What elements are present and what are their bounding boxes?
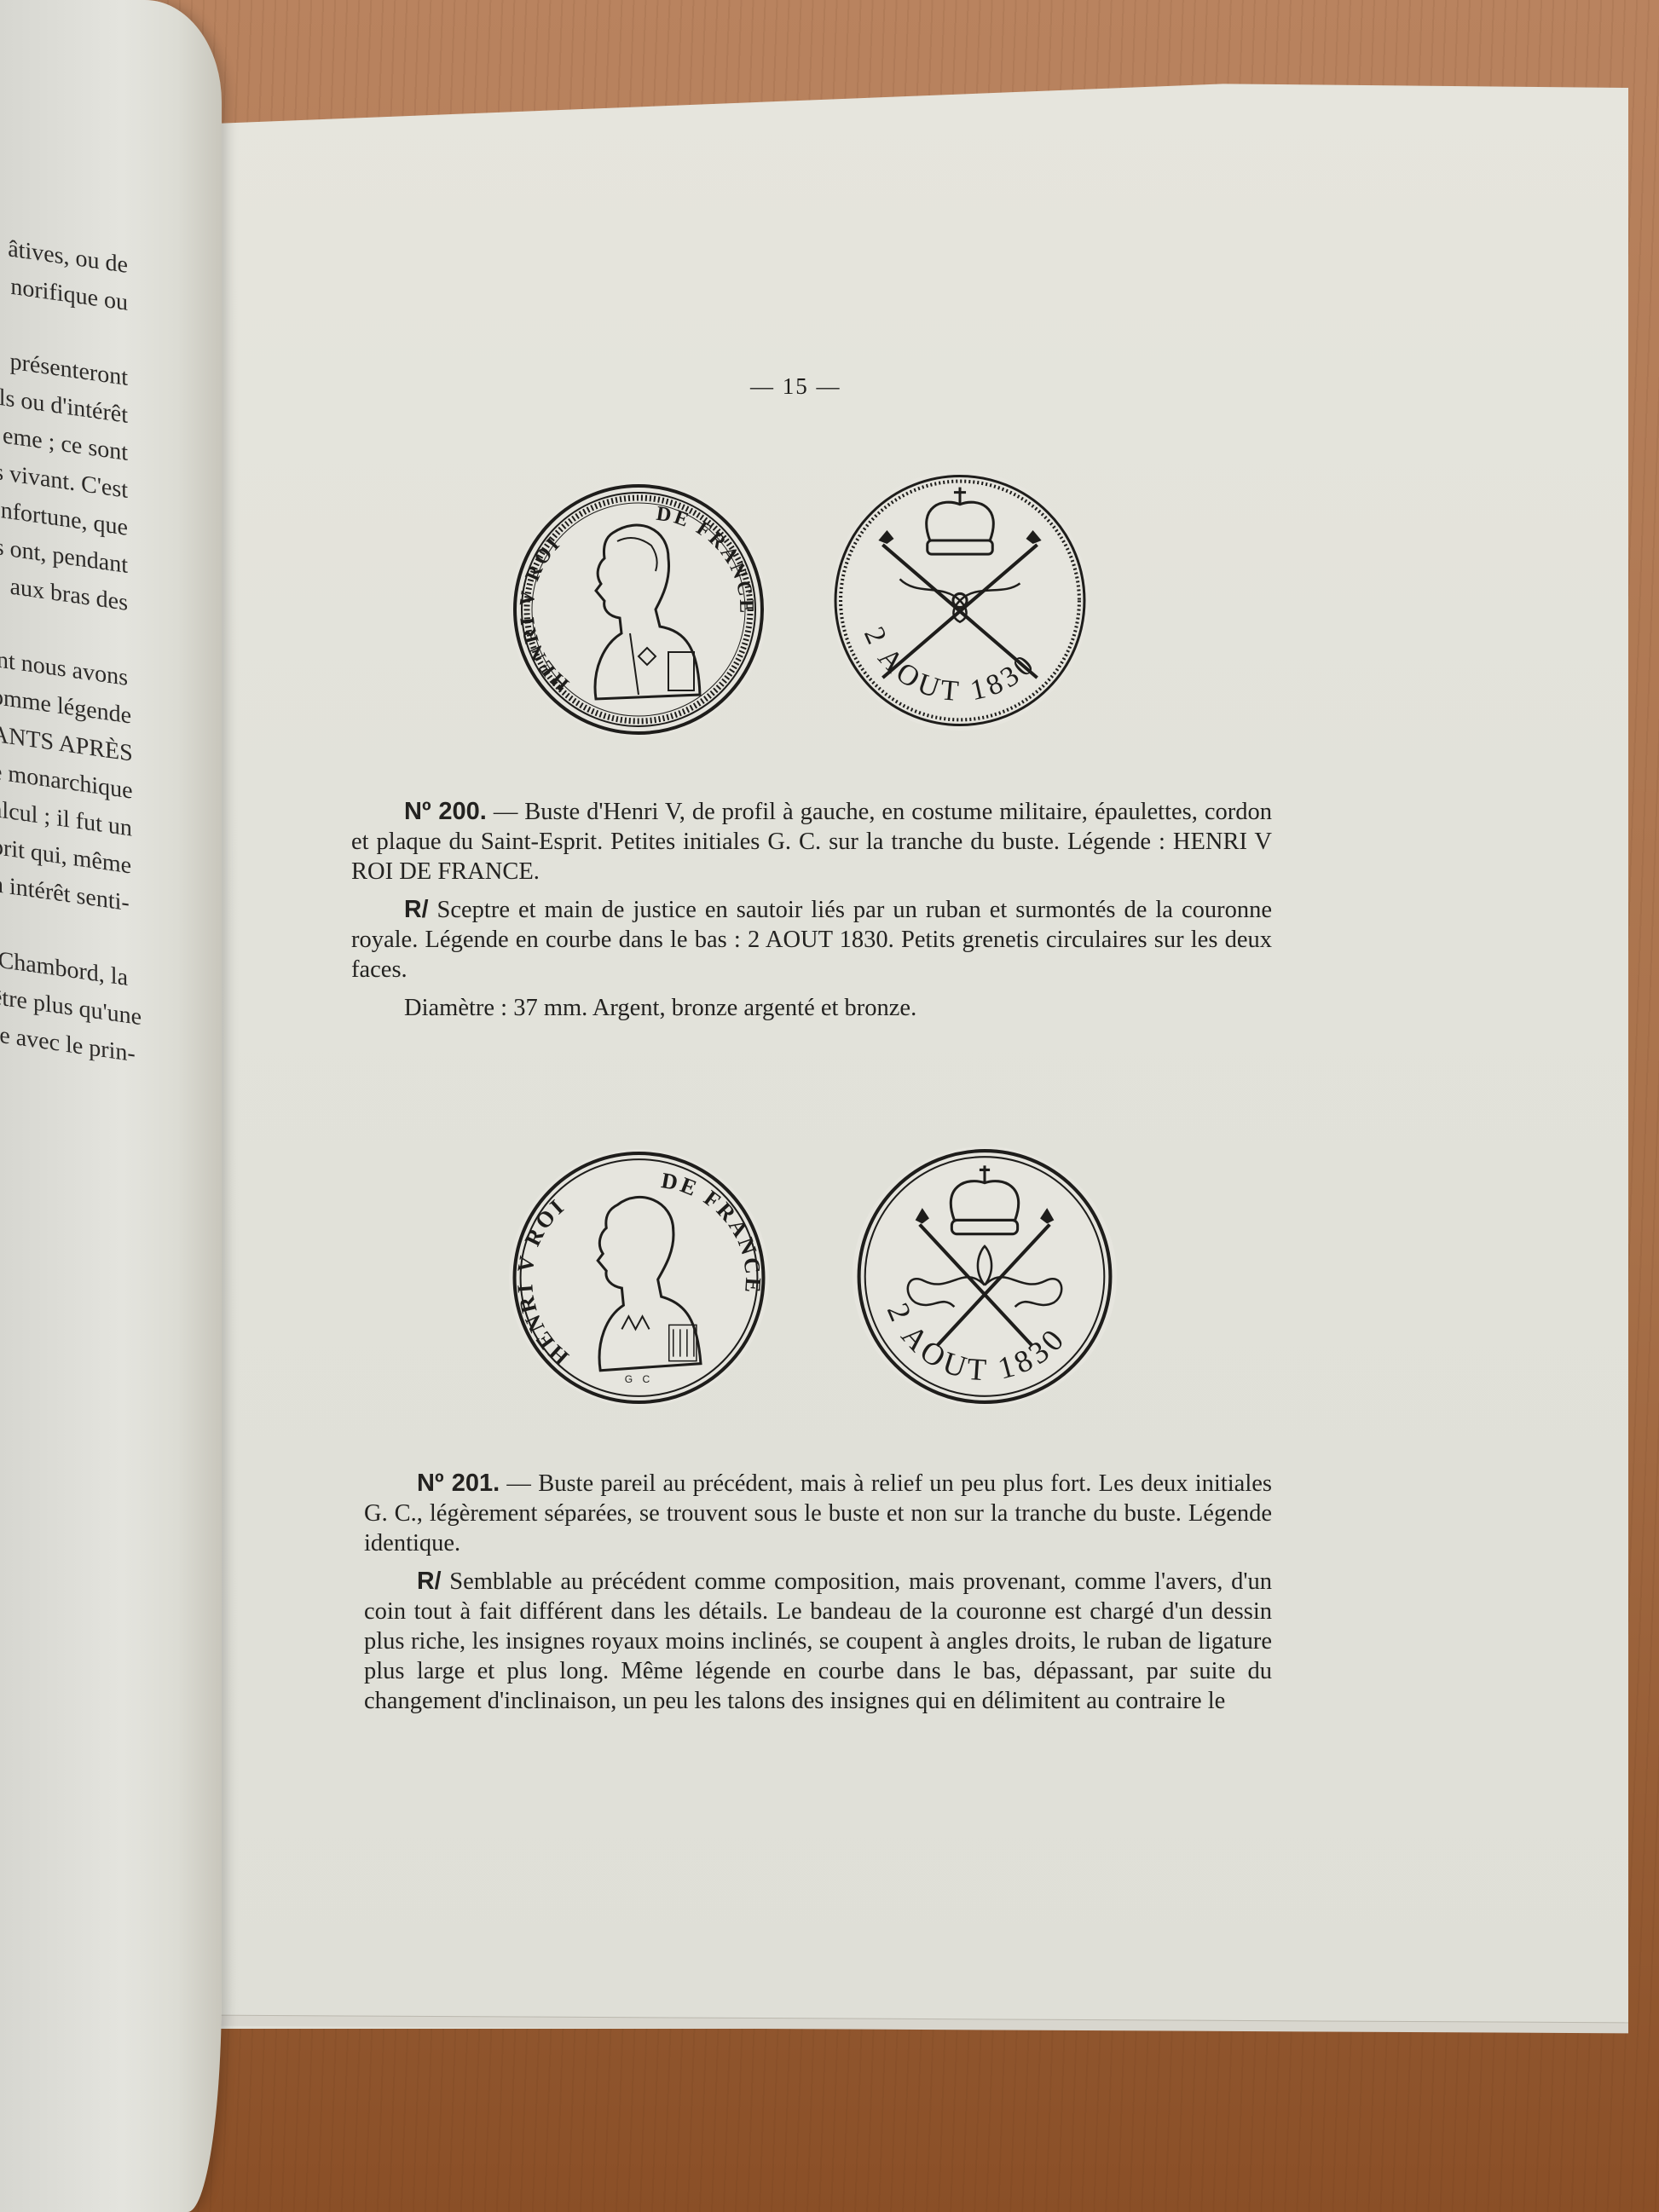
medal-200-reverse-illustration: 2 AOUT 1830 xyxy=(831,471,1089,731)
medal-201-obverse-illustration: HENRI V ROI DE FRANCE G C xyxy=(509,1149,769,1406)
portrait-medal-icon: HENRI V ROI DE FRANCE xyxy=(510,482,767,737)
diameter-metal-line: Diamètre : 37 mm. Argent, bronze argenté… xyxy=(351,993,1272,1023)
catalogue-entry-200: Nº 200. — Buste d'Henri V, de profil à g… xyxy=(351,797,1272,1031)
catalogue-entry-201: Nº 201. — Buste pareil au précédent, mai… xyxy=(364,1469,1272,1724)
svg-text:DE FRANCE: DE FRANCE xyxy=(655,503,757,616)
entry-number: Nº 201. xyxy=(417,1470,500,1497)
reverse-description: Semblable au précédent comme composition… xyxy=(364,1568,1272,1714)
svg-text:HENRI V ROI: HENRI V ROI xyxy=(512,1193,574,1370)
portrait-medal-icon: HENRI V ROI DE FRANCE G C xyxy=(509,1149,769,1406)
reverse-label: R/ xyxy=(417,1568,442,1595)
svg-text:G C: G C xyxy=(625,1373,654,1385)
svg-text:2 AOUT 1830: 2 AOUT 1830 xyxy=(881,1298,1073,1388)
svg-text:HENRI V ROI: HENRI V ROI xyxy=(516,532,573,696)
medal-201-reverse-illustration: 2 AOUT 1830 xyxy=(853,1146,1117,1406)
reverse-label: R/ xyxy=(404,896,429,923)
page-number: — 15 — xyxy=(750,373,841,400)
obverse-description: — Buste d'Henri V, de profil à gauche, e… xyxy=(351,799,1272,885)
medal-200-obverse-illustration: HENRI V ROI DE FRANCE xyxy=(510,482,767,737)
crown-sceptre-medal-icon: 2 AOUT 1830 xyxy=(831,471,1089,731)
crown-sceptre-medal-icon: 2 AOUT 1830 xyxy=(853,1146,1117,1406)
entry-number: Nº 200. xyxy=(404,798,487,825)
reverse-description: Sceptre et main de justice en sautoir li… xyxy=(351,897,1272,983)
page-content: — 15 — HENRI V ROI DE FRANCE xyxy=(0,0,1659,2212)
obverse-description: — Buste pareil au précédent, mais à reli… xyxy=(364,1470,1272,1556)
svg-text:DE FRANCE: DE FRANCE xyxy=(660,1168,766,1296)
